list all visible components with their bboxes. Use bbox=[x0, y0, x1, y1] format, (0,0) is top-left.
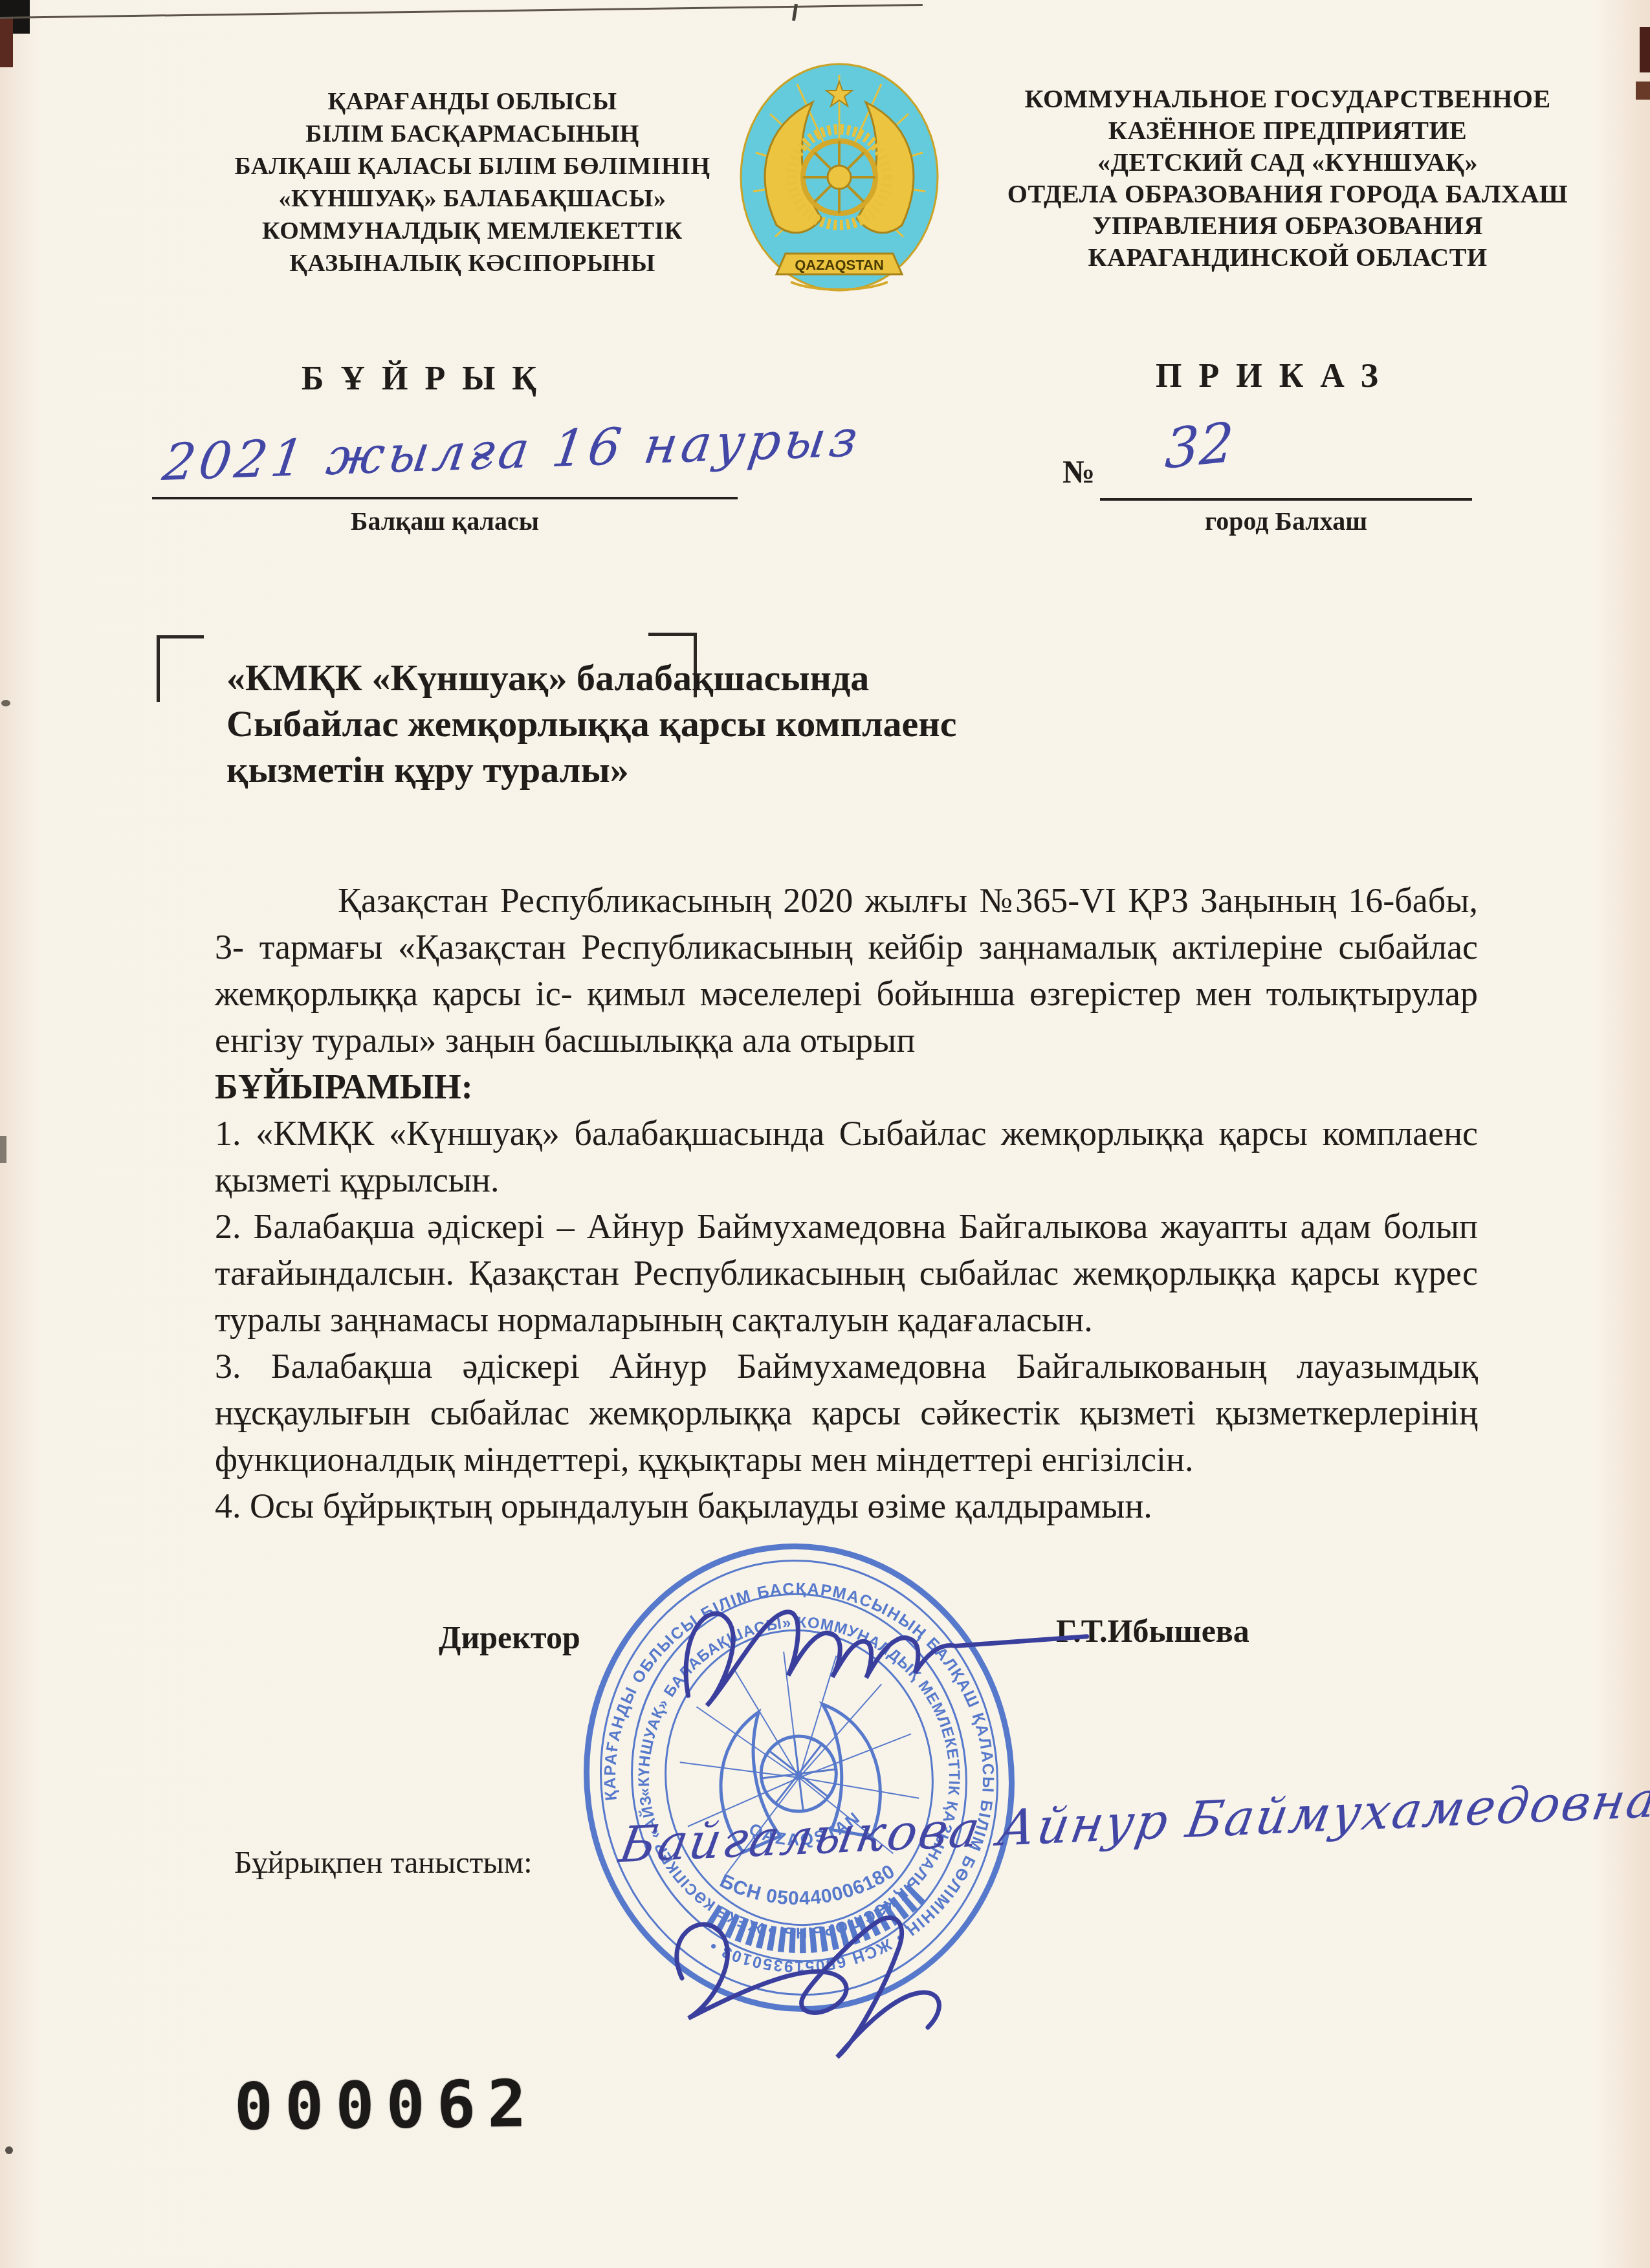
letterhead-kazakh-line: КОММУНАЛДЫҚ МЕМЛЕКЕТТІК bbox=[214, 215, 731, 247]
scan-speck-left1 bbox=[1, 700, 10, 706]
acknowledgement-label: Бұйрықпен таныстым: bbox=[234, 1845, 533, 1881]
letterhead-kazakh-line: ҚАЗЫНАЛЫҚ КӘСІПОРЫНЫ bbox=[214, 247, 731, 279]
letterhead-russian-line: КОММУНАЛЬНОЕ ГОСУДАРСТВЕННОЕ bbox=[964, 83, 1611, 114]
scan-edge-mark-right2 bbox=[1636, 82, 1650, 100]
layout-bracket-left bbox=[157, 635, 204, 702]
order-resolve-word: БҰЙЫРАМЫН: bbox=[215, 1063, 1478, 1110]
serial-number-stamp: 000062 bbox=[234, 2066, 538, 2145]
acknowledgement-signature bbox=[641, 1895, 1003, 2077]
handwritten-number: 32 bbox=[1164, 410, 1235, 481]
letterhead-kazakh-line: ҚАРАҒАНДЫ ОБЛЫСЫ bbox=[214, 85, 731, 118]
place-name-ru: город Балхаш bbox=[1100, 506, 1472, 536]
letterhead-russian-line: «ДЕТСКИЙ САД «КҮНШУАҚ» bbox=[964, 146, 1611, 178]
signatory-role: Директор bbox=[439, 1619, 580, 1656]
order-body: Қазақстан Республикасының 2020 жылғы №36… bbox=[215, 877, 1478, 1529]
letterhead-russian-line: УПРАВЛЕНИЯ ОБРАЗОВАНИЯ bbox=[964, 210, 1611, 241]
letterhead-kazakh-line: БАЛҚАШ ҚАЛАСЫ БІЛІМ БӨЛІМІНІҢ bbox=[214, 150, 731, 182]
order-intro-paragraph: Қазақстан Республикасының 2020 жылғы №36… bbox=[215, 877, 1478, 1063]
scan-edge-mark-left bbox=[0, 17, 13, 67]
order-subject-line: қызметін құру туралы» bbox=[226, 747, 1132, 792]
order-subject: «КМҚК «Күншуақ» балабақшасында Сыбайлас … bbox=[226, 655, 1132, 792]
scanned-order-page: { "colors":{ "paper":"#f8f3e9", "ink":"#… bbox=[0, 0, 1650, 2268]
director-signature bbox=[666, 1572, 1106, 1721]
letterhead-kazakh-line: БІЛІМ БАСҚАРМАСЫНЫҢ bbox=[214, 118, 731, 150]
emblem-caption: QAZAQSTAN bbox=[795, 257, 884, 273]
order-item-4: 4. Осы бұйрықтың орындалуын бақылауды өз… bbox=[215, 1483, 1478, 1529]
letterhead-kazakh-line: «КҮНШУАҚ» БАЛАБАҚШАСЫ» bbox=[214, 182, 731, 215]
letterhead-russian-line: ОТДЕЛА ОБРАЗОВАНИЯ ГОРОДА БАЛХАШ bbox=[964, 178, 1611, 210]
scan-edge-mark-right1 bbox=[1640, 27, 1650, 72]
order-title-kk: БҰЙРЫҚ bbox=[302, 360, 553, 398]
order-item-2: 2. Балабақша әдіскері – Айнур Баймухамед… bbox=[215, 1203, 1478, 1343]
order-subject-line: Сыбайлас жемқорлыққа қарсы комплаенс bbox=[226, 701, 1132, 747]
place-name-kk: Балқаш қаласы bbox=[152, 506, 738, 536]
order-title-ru: ПРИКАЗ bbox=[1156, 357, 1395, 395]
letterhead-kazakh: ҚАРАҒАНДЫ ОБЛЫСЫ БІЛІМ БАСҚАРМАСЫНЫҢ БАЛ… bbox=[214, 85, 731, 279]
number-sign: № bbox=[1062, 453, 1095, 490]
order-subject-line: «КМҚК «Күншуақ» балабақшасында bbox=[226, 655, 1132, 701]
order-item-3: 3. Балабақша әдіскері Айнур Баймухамедов… bbox=[215, 1343, 1478, 1483]
scan-top-line bbox=[0, 4, 923, 19]
order-item-1: 1. «КМҚК «Күншуақ» балабақшасында Сыбайл… bbox=[215, 1110, 1478, 1203]
scan-speck-left3 bbox=[5, 2146, 13, 2154]
kazakhstan-emblem-icon: QAZAQSTAN bbox=[736, 56, 942, 299]
date-underline bbox=[152, 497, 738, 499]
number-underline bbox=[1100, 498, 1472, 501]
letterhead-russian-line: КАЗЁННОЕ ПРЕДПРИЯТИЕ bbox=[964, 114, 1611, 146]
scan-speck-left2 bbox=[0, 1136, 6, 1163]
letterhead-russian: КОММУНАЛЬНОЕ ГОСУДАРСТВЕННОЕ КАЗЁННОЕ ПР… bbox=[964, 83, 1611, 273]
letterhead-russian-line: КАРАГАНДИНСКОЙ ОБЛАСТИ bbox=[964, 241, 1611, 273]
handwritten-date: 2021 жылға 16 наурыз bbox=[159, 409, 865, 492]
